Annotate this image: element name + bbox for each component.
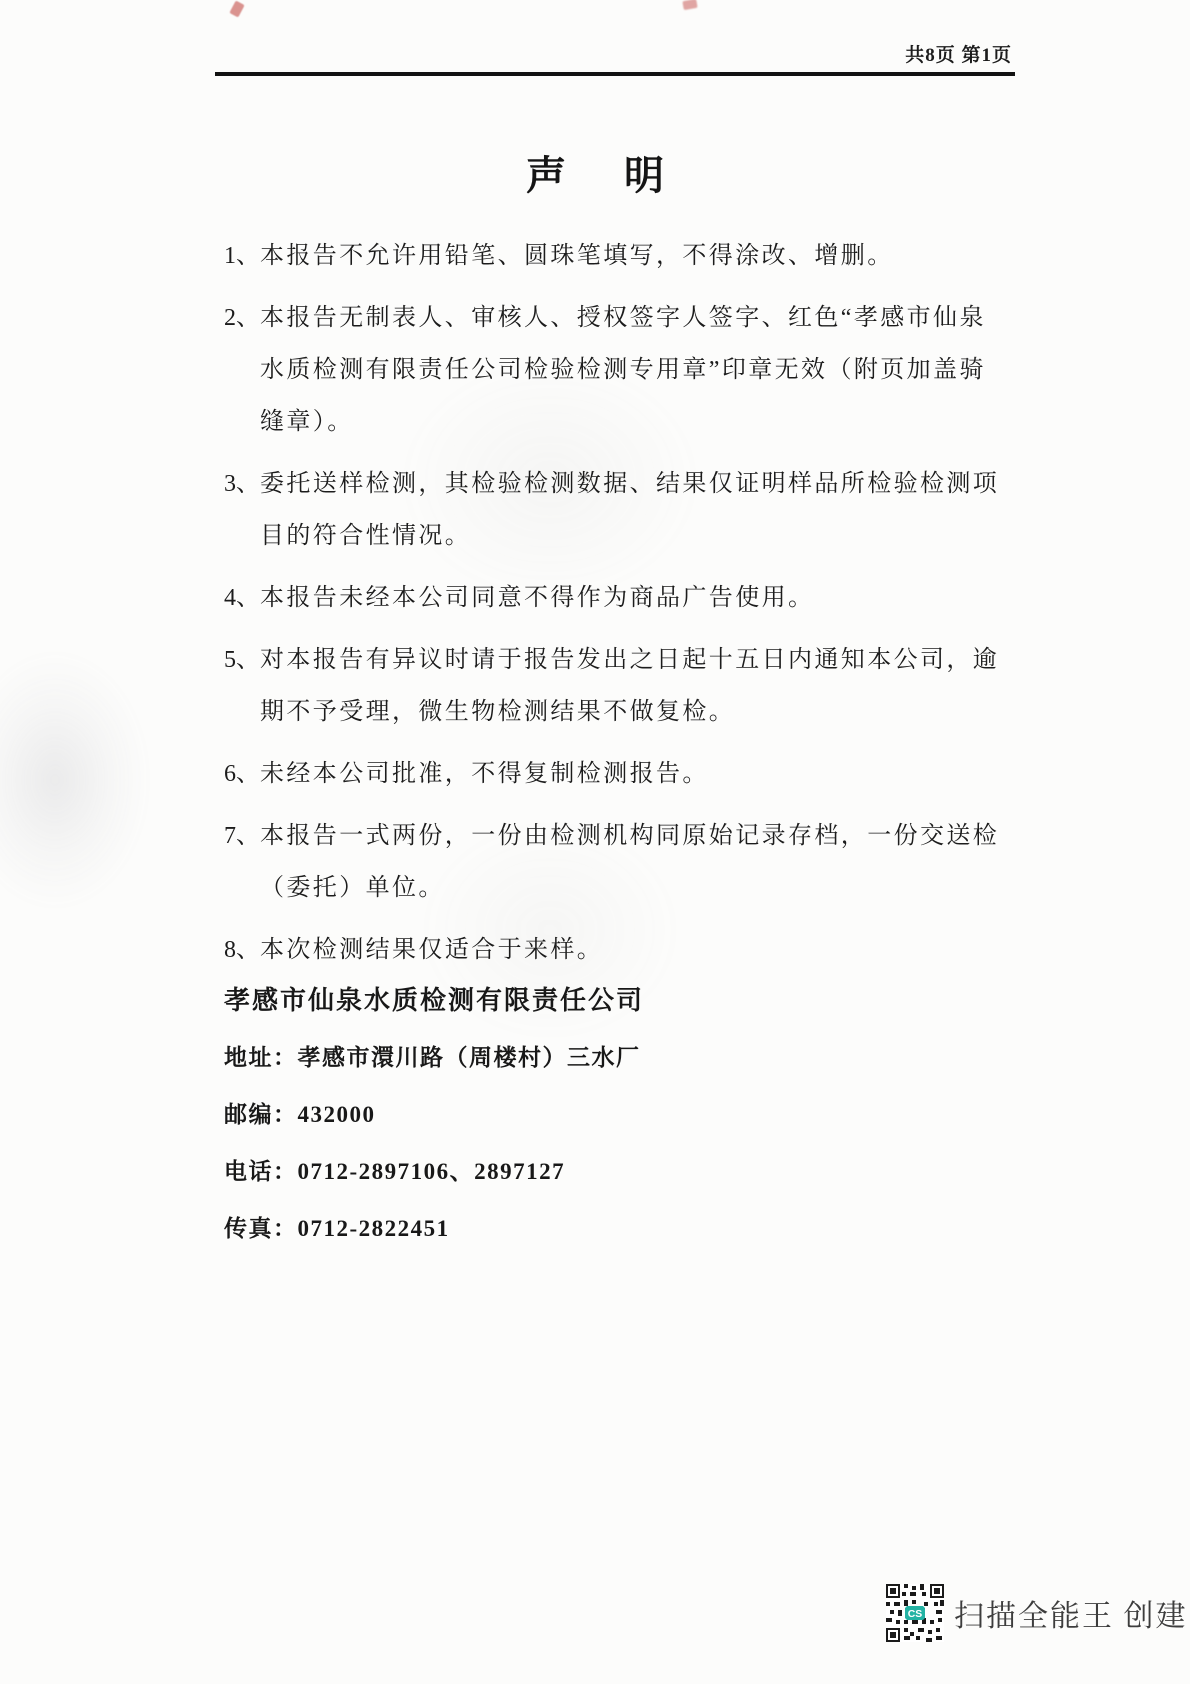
- item-text: 缝章）。: [260, 396, 1016, 448]
- header-divider: [215, 72, 1015, 76]
- item-text: 期不予受理，微生物检测结果不做复检。: [260, 686, 1016, 738]
- scanner-credit: CS 扫描全能王 创建: [886, 1584, 1188, 1642]
- statement-list: 1、 本报告不允许用铅笔、圆珠笔填写，不得涂改、增删。 2、 本报告无制表人、审…: [224, 230, 1016, 986]
- statement-item-5: 5、 对本报告有异议时请于报告发出之日起十五日内通知本公司，逾 期不予受理，微生…: [224, 634, 1016, 738]
- statement-item-7: 7、 本报告一式两份，一份由检测机构同原始记录存档，一份交送检 （委托）单位。: [224, 810, 1016, 914]
- item-text: 对本报告有异议时请于报告发出之日起十五日内通知本公司，逾: [260, 634, 1016, 686]
- item-number: 1、: [224, 230, 260, 282]
- statement-item-3: 3、 委托送样检测，其检验检测数据、结果仅证明样品所检验检测项 目的符合性情况。: [224, 458, 1016, 562]
- statement-item-4: 4、 本报告未经本公司同意不得作为商品广告使用。: [224, 572, 1016, 624]
- item-text: 本次检测结果仅适合于来样。: [260, 924, 1016, 976]
- item-text: 本报告一式两份，一份由检测机构同原始记录存档，一份交送检: [260, 810, 1016, 862]
- company-address: 地址：孝感市澴川路（周楼村）三水厂: [224, 1029, 644, 1086]
- statement-item-6: 6、 未经本公司批准，不得复制检测报告。: [224, 748, 1016, 800]
- statement-item-2: 2、 本报告无制表人、审核人、授权签字人签字、红色“孝感市仙泉 水质检测有限责任…: [224, 292, 1016, 448]
- item-number: 5、: [224, 634, 260, 738]
- company-postcode: 邮编：432000: [224, 1086, 644, 1143]
- item-text: 水质检测有限责任公司检验检测专用章”印章无效（附页加盖骑: [260, 344, 1016, 396]
- item-text: 未经本公司批准，不得复制检测报告。: [260, 748, 1016, 800]
- item-text: 委托送样检测，其检验检测数据、结果仅证明样品所检验检测项: [260, 458, 1016, 510]
- stamp-ghost-artifact: [0, 650, 150, 910]
- red-speck-artifact: [229, 0, 244, 17]
- company-fax: 传真：0712-2822451: [224, 1200, 644, 1257]
- scanner-credit-text: 扫描全能王 创建: [954, 1591, 1188, 1635]
- item-number: 3、: [224, 458, 260, 562]
- item-number: 8、: [224, 924, 260, 976]
- statement-item-8: 8、 本次检测结果仅适合于来样。: [224, 924, 1016, 976]
- svg-text:CS: CS: [908, 1609, 923, 1620]
- item-number: 6、: [224, 748, 260, 800]
- item-text: 本报告未经本公司同意不得作为商品广告使用。: [260, 572, 1016, 624]
- page-number-indicator: 共8页 第1页: [905, 40, 1012, 67]
- company-info-block: 孝感市仙泉水质检测有限责任公司 地址：孝感市澴川路（周楼村）三水厂 邮编：432…: [224, 972, 644, 1257]
- page-title: 声明: [0, 144, 1190, 201]
- item-number: 7、: [224, 810, 260, 914]
- company-name: 孝感市仙泉水质检测有限责任公司: [224, 972, 644, 1029]
- item-text: 本报告不允许用铅笔、圆珠笔填写，不得涂改、增删。: [260, 230, 1016, 282]
- item-number: 4、: [224, 572, 260, 624]
- item-text: （委托）单位。: [260, 862, 1016, 914]
- company-phone: 电话：0712-2897106、2897127: [224, 1143, 644, 1200]
- statement-item-1: 1、 本报告不允许用铅笔、圆珠笔填写，不得涂改、增删。: [224, 230, 1016, 282]
- qr-code-icon: CS: [886, 1584, 944, 1642]
- document-page: 共8页 第1页 声明 1、 本报告不允许用铅笔、圆珠笔填写，不得涂改、增删。 2…: [0, 0, 1190, 1684]
- item-text: 本报告无制表人、审核人、授权签字人签字、红色“孝感市仙泉: [260, 292, 1016, 344]
- red-speck-artifact: [682, 0, 697, 10]
- item-text: 目的符合性情况。: [260, 510, 1016, 562]
- item-number: 2、: [224, 292, 260, 448]
